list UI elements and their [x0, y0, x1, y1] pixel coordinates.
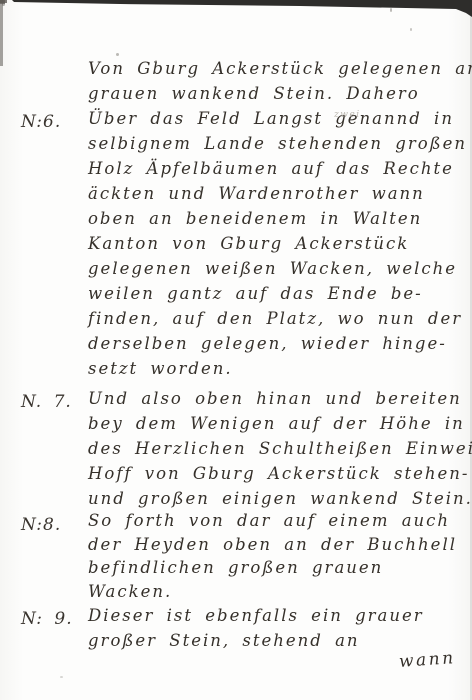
scan-top-edge — [0, 0, 472, 20]
paragraph-n6: N:6. Über das Feld Langst genannd in sel… — [88, 106, 467, 381]
margin-number-n7: N. 7. — [21, 392, 72, 412]
paper-speck — [410, 28, 412, 31]
manuscript-line: derselben gelegen, wieder hinge- — [88, 331, 467, 356]
manuscript-line: Und also oben hinan und bereiten — [88, 386, 472, 411]
manuscript-line: äckten und Wardenrother wann — [88, 181, 467, 206]
manuscript-page: Von Gburg Ackerstück gelegenen am grauen… — [0, 0, 472, 700]
manuscript-line: Über das Feld Langst genannd in — [88, 106, 467, 131]
pencil-annotation: zwei — [334, 110, 361, 120]
manuscript-line: gelegenen weißen Wacken, welche — [88, 256, 467, 281]
manuscript-line: setzt worden. — [88, 356, 467, 381]
manuscript-line: großer Stein, stehend an — [88, 628, 424, 653]
manuscript-line: Kanton von Gburg Ackerstück — [88, 231, 467, 256]
paper-speck — [60, 676, 63, 678]
margin-number-n8: N:8. — [21, 515, 61, 535]
scan-edge-mark — [0, 0, 2, 3]
manuscript-line: Wacken. — [88, 580, 457, 604]
manuscript-line: weilen gantz auf das Ende be- — [88, 281, 467, 306]
manuscript-line: selbignem Lande stehenden großen — [88, 131, 467, 156]
manuscript-line: Dieser ist ebenfalls ein grauer — [88, 603, 424, 628]
scan-edge-mark — [0, 0, 3, 66]
manuscript-line: oben an beneidenem in Walten — [88, 206, 467, 231]
manuscript-line: des Herzlichen Schultheißen Einweich — [88, 436, 472, 461]
paragraph-n9: N: 9. Dieser ist ebenfalls ein grauer gr… — [88, 603, 424, 653]
manuscript-line: finden, auf den Platz, wo nun der — [88, 306, 467, 331]
manuscript-line: grauen wankend Stein. Dahero — [88, 81, 472, 106]
manuscript-line: und großen einigen wankend Stein. — [88, 486, 472, 511]
manuscript-line: So forth von dar auf einem auch — [88, 509, 457, 533]
manuscript-line: Von Gburg Ackerstück gelegenen am — [88, 56, 472, 81]
margin-number-n6: N:6. — [21, 112, 61, 132]
manuscript-line: bey dem Wenigen auf der Höhe in — [88, 411, 472, 436]
paper-speck — [390, 8, 392, 12]
margin-number-n9: N: 9. — [21, 609, 73, 629]
manuscript-line: Hoff von Gburg Ackerstück stehen- — [88, 461, 472, 486]
paragraph-continuation: Von Gburg Ackerstück gelegenen am grauen… — [88, 56, 472, 106]
paragraph-n8: N:8. So forth von dar auf einem auch der… — [88, 509, 457, 603]
paragraph-n7: N. 7. Und also oben hinan und bereiten b… — [88, 386, 472, 511]
manuscript-line: Holz Äpfelbäumen auf das Rechte — [88, 156, 467, 181]
catchword: wann — [399, 648, 457, 672]
manuscript-line: befindlichen großen grauen — [88, 556, 457, 580]
manuscript-line: der Heyden oben an der Buchhell — [88, 533, 457, 557]
